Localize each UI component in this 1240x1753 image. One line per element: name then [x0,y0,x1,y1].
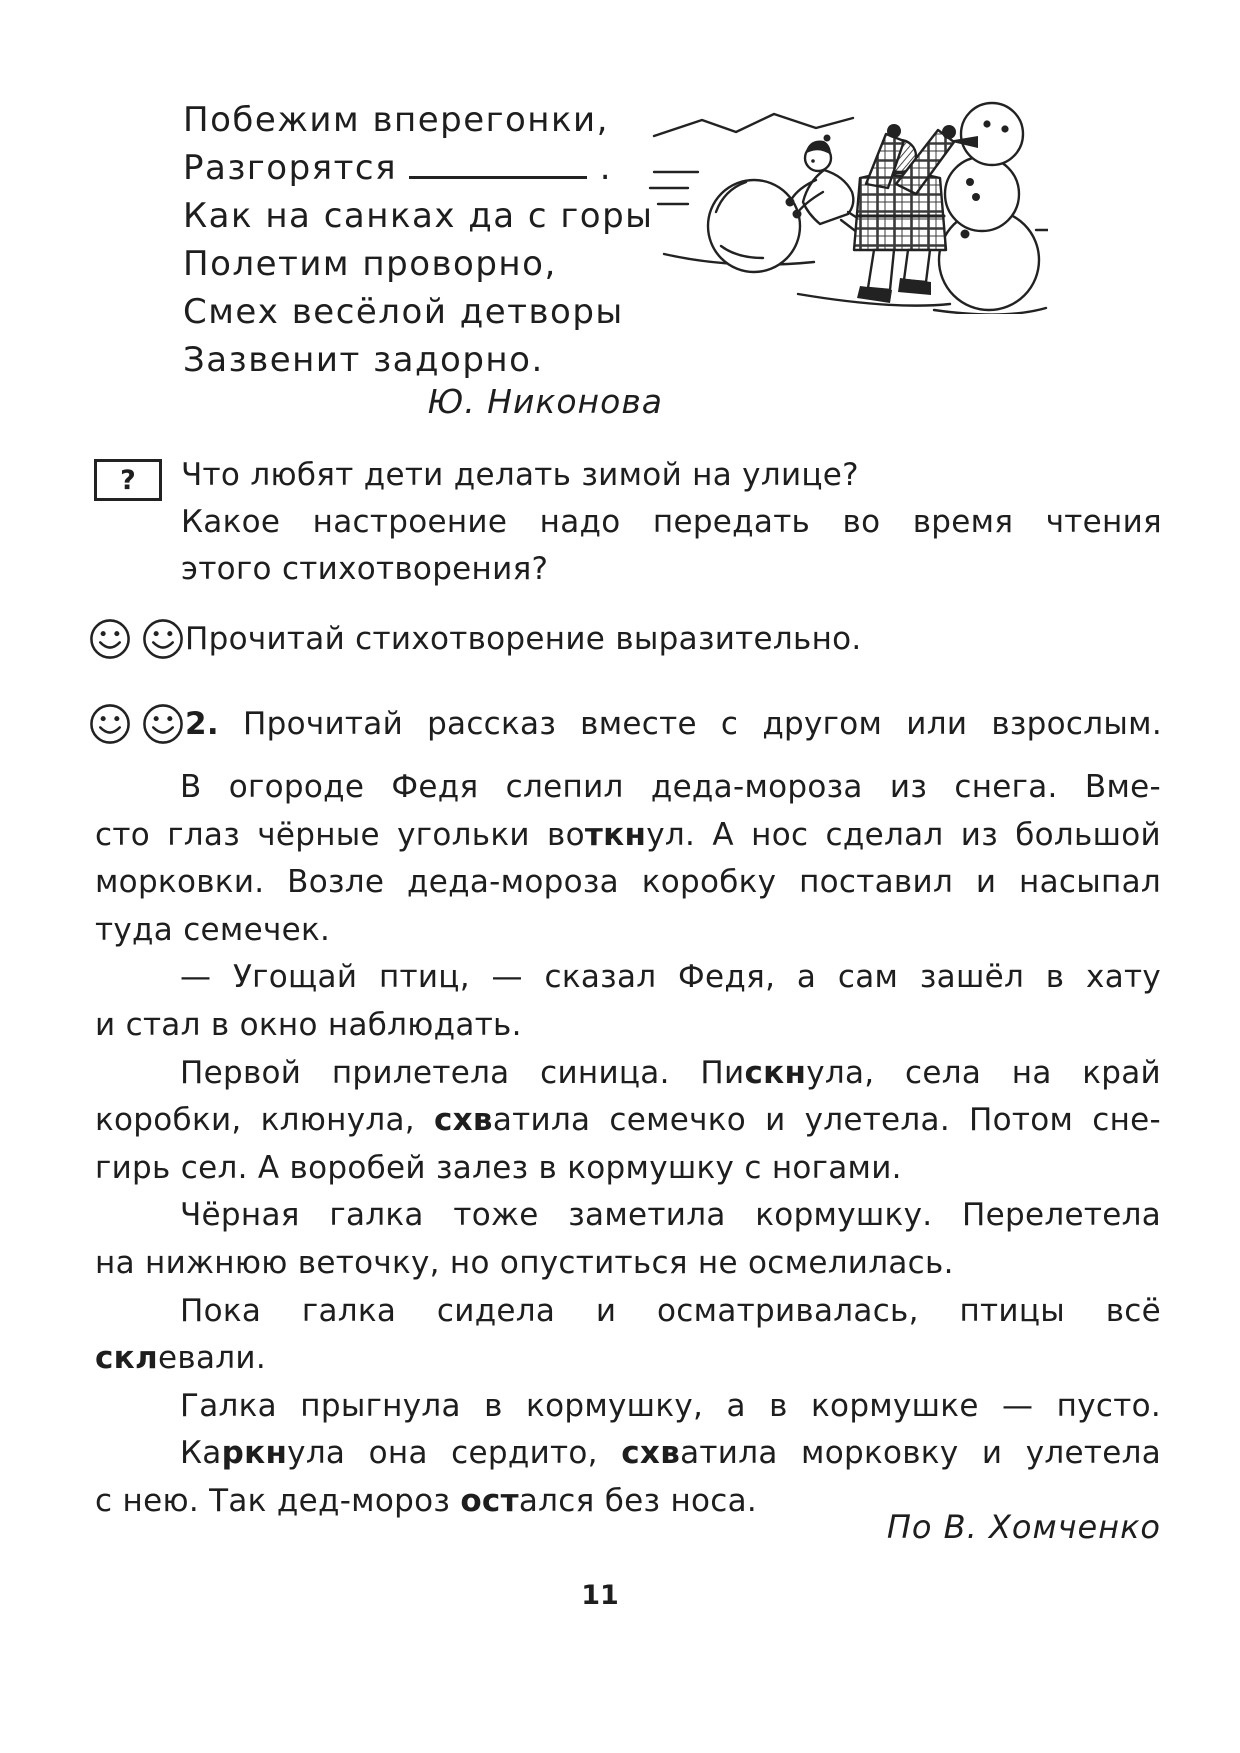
text-line: Какое настроение надо передать во время … [181,499,1162,546]
story-author: По В. Хомченко [95,1508,1161,1546]
text-segment: ула, села на край [806,1055,1161,1091]
snowman-middle [945,157,1019,231]
text-segment: Ка [180,1435,222,1471]
task-text: 2. Прочитай рассказ вместе с другом или … [185,701,1162,747]
text-line: на нижнюю веточку, но опуститься не осме… [95,1240,1161,1288]
text-line: Пока галка сидела и осматривалась, птицы… [95,1288,1161,1336]
text-segment: на нижнюю веточку, но опуститься не осме… [95,1245,954,1281]
text-line: — Угощай птиц, — сказал Федя, а сам зашё… [95,954,1161,1002]
text-line: Как на санках да с горы [183,192,654,240]
text-segment: Прочитай рассказ вместе с другом или взр… [219,706,1162,742]
workbook-page: Побежим вперегонки,Разгорятся .Как на са… [0,0,1240,1753]
text-line: Каркнула она сердито, схватила морковку … [95,1430,1161,1478]
snowman-head [961,103,1023,165]
poem: Побежим вперегонки,Разгорятся .Как на са… [183,96,654,384]
question-mark: ? [120,465,136,496]
text-line: склевали. [95,1335,1161,1383]
text-line: Полетим проворно, [183,240,654,288]
text-segment: В огороде Федя слепил деда-мороза из сне… [180,769,1161,805]
text-segment: — Угощай птиц, — сказал Федя, а сам зашё… [180,959,1161,995]
text-line: Зазвенит задорно. [183,336,654,384]
text-segment: туда семечек. [95,912,330,948]
text-segment: гирь сел. А воробей залез в кормушку с н… [95,1150,902,1186]
task-read-with-friend: 2. Прочитай рассказ вместе с другом или … [88,701,1162,747]
text-line: этого стихотворения? [181,546,1162,593]
text-segment: Как на санках да с горы [183,196,654,236]
text-segment: Прочитай стихотворение выразительно. [185,621,862,657]
text-segment: Какое настроение надо передать во время … [181,504,1162,540]
text-segment: Побежим вперегонки, [183,100,609,140]
text-segment: атила морковку и улетела [680,1435,1161,1471]
text-segment: Смех весёлой детворы [183,292,624,332]
text-segment: коробки, клюнула, [95,1102,434,1138]
text-line: морковки. Возле деда-мороза коробку пост… [95,859,1161,907]
text-segment: Полетим проворно, [183,244,557,284]
text-segment: атила семечко и улетела. Потом сне- [493,1102,1161,1138]
difficulty-icons [88,617,185,661]
smiley-icon [88,702,132,746]
snow-hills [654,114,853,136]
text-line: Первой прилетела синица. Пискнула, села … [95,1050,1161,1098]
text-segment: морковки. Возле деда-мороза коробку пост… [95,864,1161,900]
text-segment: Галка прыгнула в кормушку, а в кормушке … [180,1388,1161,1424]
fill-in-blank [409,176,587,179]
text-line: В огороде Федя слепил деда-мороза из сне… [95,764,1161,812]
questions: Что любят дети делать зимой на улице?Как… [181,452,1162,593]
text-segment: Разгорятся [183,148,409,188]
text-segment: ул. А нос сделал из большой [646,817,1161,853]
text-segment: Пока галка сидела и осматривалась, птицы… [180,1293,1161,1329]
text-segment: ула она сердито, [287,1435,621,1471]
text-line: туда семечек. [95,907,1161,955]
text-segment: . [587,148,612,188]
text-line: Разгорятся . [183,144,654,192]
text-segment: сто глаз чёрные угольки во [95,817,585,853]
text-line: Что любят дети делать зимой на улице? [181,452,1162,499]
children-building-snowman-illustration [648,84,1048,314]
task-read-expressively: Прочитай стихотворение выразительно. [88,616,1162,662]
text-segment: схв [621,1435,680,1471]
text-line: Чёрная галка тоже заметила кормушку. Пер… [95,1192,1161,1240]
difficulty-icons [88,702,185,746]
poem-author: Ю. Никонова [183,382,663,421]
text-segment: этого стихотворения? [181,551,548,587]
text-segment: скн [744,1055,806,1091]
smiley-icon [88,617,132,661]
text-line: коробки, клюнула, схватила семечко и уле… [95,1097,1161,1145]
text-line: сто глаз чёрные угольки воткнул. А нос с… [95,812,1161,860]
text-segment: Что любят дети делать зимой на улице? [181,457,859,493]
text-line: Галка прыгнула в кормушку, а в кормушке … [95,1383,1161,1431]
story-text: В огороде Федя слепил деда-мороза из сне… [95,764,1161,1526]
text-segment: скл [95,1340,158,1376]
task-text: Прочитай стихотворение выразительно. [185,616,1162,662]
text-segment: и стал в окно наблюдать. [95,1007,522,1043]
question-box-icon: ? [94,459,162,501]
text-segment: схв [434,1102,493,1138]
text-segment: евали. [158,1340,266,1376]
smiley-icon [141,702,185,746]
page-number: 11 [0,1580,1200,1611]
text-segment: 2. [185,706,219,742]
text-segment: ркн [222,1435,288,1471]
text-line: гирь сел. А воробей залез в кормушку с н… [95,1145,1161,1193]
text-line: Побежим вперегонки, [183,96,654,144]
text-segment: Чёрная галка тоже заметила кормушку. Пер… [180,1197,1161,1233]
text-segment: Зазвенит задорно. [183,340,544,380]
smiley-icon [141,617,185,661]
text-line: Смех весёлой детворы [183,288,654,336]
text-segment: ткн [585,817,646,853]
text-line: и стал в окно наблюдать. [95,1002,1161,1050]
text-segment: Первой прилетела синица. Пи [180,1055,744,1091]
